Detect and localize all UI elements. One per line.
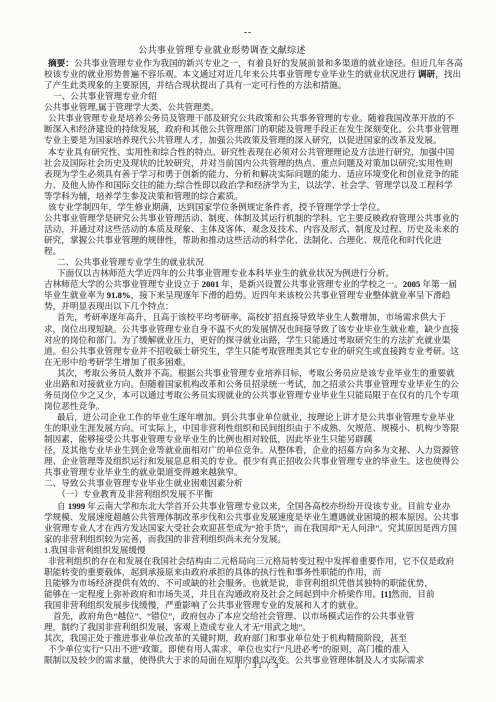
text-line: 理，制约了我国非营利组织发展，客观上造成专业人才无“用武之地”。: [44, 622, 464, 633]
text-line: 等学科为辅，培养学生参及决策和管理的综合素质。: [44, 191, 464, 202]
text-line: 道。但公共事业管理专业并不招收硕士研究生，学生只能考取管理类其它专业的研究生或直…: [44, 346, 464, 357]
text-line: 了产生此类现象的主要原因，并结合现状提出了具有一定可行性的方法和措施。: [44, 80, 464, 91]
document-body: 摘要：公共事业管理专业作为我国的新兴专业之一，有着良好的发展前景和多渠道的就业途…: [44, 58, 464, 666]
text-line: （一）专业教育及非营利组织发展不平衡: [44, 489, 464, 500]
text-line: 理、企业管理等及组织运行和发展息息相关的专业。很少有真正招收公共事业管理专业的毕…: [44, 456, 464, 467]
text-line: 其次，我国正处于推进事业单位改革的关键时期，政府部门和事业单位处于机构精简阶段，…: [44, 633, 464, 644]
text-line: 首先，考研率逐年高升，且高于该校平均考研率。高校扩招直接导致毕业生人数增加，市场…: [44, 312, 464, 323]
text-line: 1.我国非营利组织发展缓慢: [44, 545, 464, 556]
text-line: 在无形中给考研学生增加了很多困难。: [44, 357, 464, 368]
text-line: 公共事业管理专业是培养公务员及管理干部及研究公共政策和公共事务管理的专业。随着我…: [44, 113, 464, 124]
text-line: 二、导致公共事业管理专业毕业生就业困难因素分析: [44, 478, 464, 489]
text-line: 程。: [44, 246, 464, 257]
text-line: 该专业学制四年，学生修业期满，达到国家学位条例规定条件者，授予管理学学士学位。: [44, 202, 464, 213]
document-title: 公共事业管理专业就业形势调查文献综述: [0, 43, 470, 56]
text-line: 且能够为市场经济提供有效的、不可或缺的社会服务。也就是说，非营利组织凭借其独特的…: [44, 578, 464, 589]
text-line: 校该专业的就业形势普遍不容乐观。本文通过对近几年来公共事业管理专业毕业生的就业状…: [44, 69, 464, 80]
page-number: 1 / 31 / 3: [10, 661, 496, 670]
text-line: 二、公共事业管理专业学生的就业状况: [44, 257, 464, 268]
text-line: 对应的岗位和部门。为了缓解就业压力，更好的探寻就业出路，学生只能通过考取研究生的…: [44, 335, 464, 346]
text-line: 求，岗位出现短缺。公共事业管理专业自身不温不火的发展情况也间接导致了该专业毕业生…: [44, 324, 464, 335]
text-line: 径，及其他专业毕业生到企业等就业面相对广的单位竞争。从整体看，企业的招募方向多为…: [44, 445, 464, 456]
text-line: 力、及他人协作和国际交往的能力;综合性即以政治学和经济学为主，以法学、社会学、管…: [44, 180, 464, 191]
text-line: 岗位恶性竞争。: [44, 401, 464, 412]
text-line: 我国非营利组织发展步伐缓慢，严重影响了公共事业管理专业的发展和人才的就业。: [44, 600, 464, 611]
text-line: 共事业管理专业毕业生的就业渠道变得越来越狭窄。: [44, 467, 464, 478]
text-line: 断深入和经济建设的持续发展，政府和其他公共管理部门的职能及管理手段正在发生深刻变…: [44, 124, 464, 135]
text-line: 务员岗位少之又少，本可以通过考取公务员实现就业的公共事业管理专业毕业生只能局限于…: [44, 390, 464, 401]
document-page: -- 公共事业管理专业就业形势调查文献综述 摘要：公共事业管理专业作为我国的新兴…: [0, 0, 496, 702]
text-line: 公共事业管理,属于管理学大类、公共管理类。: [44, 102, 464, 113]
text-line: 专业主要是为国家培养现代公共管理人才，加强公共政策及管理的深入研究，以促进国家的…: [44, 135, 464, 146]
text-line: 其次，考取公务员人数并不高。根据公共事业管理专业培养目标，考取公务员应是该专业毕…: [44, 368, 464, 379]
text-line: 不少单位实行“只出不进”政策。即使有用人需求，单位也实行“凡进必考”的原则，高门…: [44, 644, 464, 655]
text-line: 研究，掌握公共事业管理的规律性，帮助和推动这些活动的科学化、法制化、合理化、规范…: [44, 235, 464, 246]
text-line: 职能转变的重要载体，起到承接原来由政府承担的具体的执行性和事务性职能的作用，而: [44, 567, 464, 578]
text-line: 势，并明显表现出以下几个特点：: [44, 301, 464, 312]
text-line: 首先，政府角色“越位”、“错位”，政府包办了本应交给社会管理、以市场模式运作的公…: [44, 611, 464, 622]
text-line: 制因素，能够接受公共事业管理专业毕业生的比例也相对较低，因此毕业生只能另辟蹊: [44, 434, 464, 445]
text-line: 吉林师范大学的公共事业管理专业设立于 2001 年，是新兴设置公共事业管理专业的…: [44, 279, 464, 290]
text-line: 摘要：公共事业管理专业作为我国的新兴专业之一，有着良好的发展前景和多渠道的就业途…: [44, 58, 464, 69]
header-mark: --: [0, 27, 496, 37]
text-line: 一、公共事业管理专业介绍: [44, 91, 464, 102]
text-line: 自 1999 年云南大学和东北大学首开公共事业管理专业以来，全国各高校亦纷纷开设…: [44, 501, 464, 512]
text-line: 生的职业生涯发展方向。可实际上，中国非营利性组织和民间组织由于不成熟、欠规范、规…: [44, 423, 464, 434]
text-line: 社会及国际社会历史及现状的比较研究，并对当前国内公共管理的热点、重点问题及对策加…: [44, 158, 464, 169]
text-line: 毕业生就业率为 91.8%，接下来呈现逐年下滑的趋势。近四年来该校公共事业管理专…: [44, 290, 464, 301]
text-line: 本专业具有研究性、实用性和综合性的特点。研究性表现在必须对公共管理理论及方法进行…: [44, 147, 464, 158]
text-line: 能够在一定程度上弥补政府和市场失灵，并且在沟通政府及社会之间起到中介桥梁作用。[…: [44, 589, 464, 600]
text-line: 学规模、发展速度超越公共管理体制改革步伐和公共事业发展速度是毕业生遭遇就业困境的…: [44, 512, 464, 523]
text-line: 业管理专业人才在西方发达国家大受社会欢迎甚至成为“抢手货”，而在我国却“无人问津…: [44, 523, 464, 534]
text-line: 家的非营利组织较为完善，而我国的非营利组织尚未充分发展。: [44, 534, 464, 545]
text-line: 活动，并通过对这些活动的本质及现象、主体及客体、观念及技术、内容及形式、制度及过…: [44, 224, 464, 235]
text-line: 下面仅以吉林师范大学近四年的公共事业管理专业本科毕业生的就业状况为例进行分析。: [44, 268, 464, 279]
text-line: 最后，进公司企业工作的毕业生逐年增加。到公共事业单位就业，按理论上讲才是公共事业…: [44, 412, 464, 423]
text-line: 表现为学生必须具有善于学习和勇于创新的能力、分析和解决实际问题的能力、适应环境变…: [44, 169, 464, 180]
text-line: 业出路和对接就业方向。但随着国家机构改革和公务员招录统一考试，加之招录公共事业管…: [44, 379, 464, 390]
text-line: 非营利组织的存在和发展在我国社会结构由二元格局向三元格局转变过程中发挥着重要作用…: [44, 556, 464, 567]
text-line: 公共事业管理学是研究公共事业管理活动、制度、体制及其运行机制的学科。它主要反映政…: [44, 213, 464, 224]
